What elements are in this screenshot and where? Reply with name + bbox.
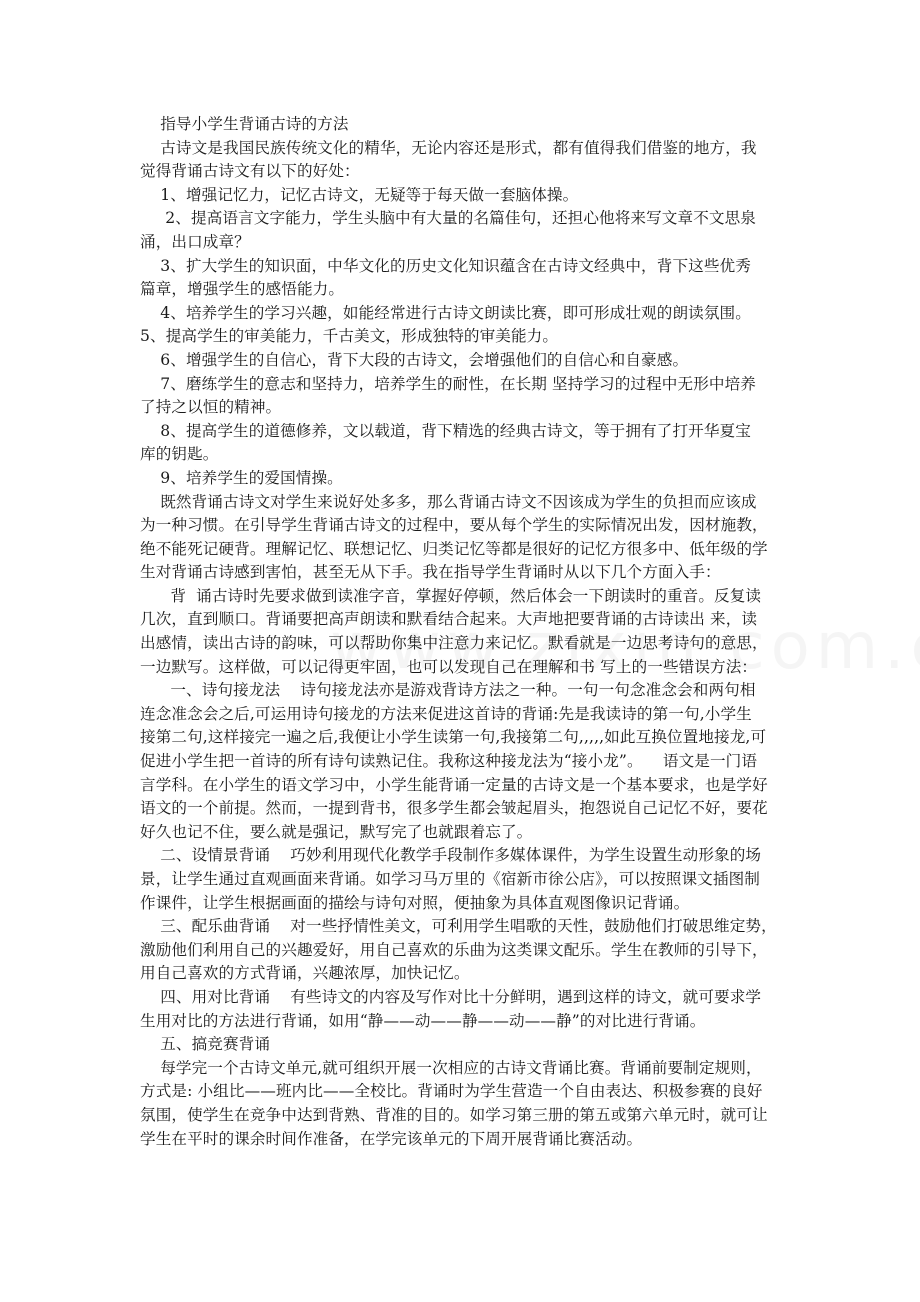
text-line: 生对背诵古诗感到害怕，甚至无从下手。我在指导学生背诵时从以下几个方面入手： (140, 561, 790, 585)
text-line: 7、磨练学生的意志和坚持力，培养学生的耐性，在长期 坚持学习的过程中无形中培养 (140, 373, 790, 397)
text-line: 觉得背诵古诗文有以下的好处： (140, 160, 790, 184)
text-line: 库的钥匙。 (140, 443, 790, 467)
text-line: 背 诵古诗时先要求做到读准字音，掌握好停顿，然后体会一下朗读时的重音。反复读 (140, 585, 790, 609)
text-line: 语文的一个前提。然而，一提到背书，很多学生都会皱起眉头，抱怨说自己记忆不好，要花 (140, 797, 790, 821)
text-line: 1、增强记忆力，记忆古诗文，无疑等于每天做一套脑体操。 (140, 184, 790, 208)
text-line: 出感情，读出古诗的韵味，可以帮助你集中注意力来记忆。默看就是一边思考诗句的意思， (140, 632, 790, 656)
document-title: 指导小学生背诵古诗的方法 (140, 113, 790, 137)
text-line: 生用对比的方法进行背诵，如用“静——动——静——动——静”的对比进行背诵。 (140, 1010, 790, 1034)
text-line: 篇章，增强学生的感悟能力。 (140, 278, 790, 302)
text-line: 5、提高学生的审美能力，千古美文，形成独特的审美能力。 (140, 325, 790, 349)
text-line: 一边默写。这样做，可以记得更牢固，也可以发现自己在理解和书 写上的一些错误方法： (140, 656, 790, 680)
text-line: 既然背诵古诗文对学生来说好处多多，那么背诵古诗文不因该成为学生的负担而应该成 (140, 491, 790, 515)
text-line: 了持之以恒的精神。 (140, 396, 790, 420)
text-line: 6、增强学生的自信心，背下大段的古诗文，会增强他们的自信心和自豪感。 (140, 349, 790, 373)
text-line: 几次，直到顺口。背诵要把高声朗读和默看结合起来。大声地把要背诵的古诗读出 来，读 (140, 608, 790, 632)
text-line: 接第二句,这样接完一遍之后,我便让小学生读第一句,我接第二句,,,,,如此互换位… (140, 726, 790, 750)
text-line: 氛围，使学生在竞争中达到背熟、背准的目的。如学习第三册的第五或第六单元时，就可让 (140, 1104, 790, 1128)
text-line: 4、培养学生的学习兴趣，如能经常进行古诗文朗读比赛，即可形成壮观的朗读氛围。 (140, 302, 790, 326)
text-line: 五、搞竞赛背诵 (140, 1033, 790, 1057)
text-line: 二、设情景背诵 巧妙利用现代化教学手段制作多媒体课件，为学生设置生动形象的场 (140, 844, 790, 868)
text-line: 四、用对比背诵 有些诗文的内容及写作对比十分鲜明，遇到这样的诗文，就可要求学 (140, 986, 790, 1010)
text-line: 学生在平时的课余时间作准备，在学完该单元的下周开展背诵比赛活动。 (140, 1128, 790, 1152)
text-line: 方式是: 小组比——班内比——全校比。背诵时为学生营造一个自由表达、积极参赛的良… (140, 1080, 790, 1104)
text-line: 3、扩大学生的知识面，中华文化的历史文化知识蕴含在古诗文经典中，背下这些优秀 (140, 255, 790, 279)
text-line: 作课件，让学生根据画面的描绘与诗句对照，便抽象为具体直观图像识记背诵。 (140, 892, 790, 916)
text-line: 2、提高语言文字能力，学生头脑中有大量的名篇佳句，还担心他将来写文章不文思泉 (140, 207, 790, 231)
text-line: 三、配乐曲背诵 对一些抒情性美文，可利用学生唱歌的天性，鼓励他们打破思维定势， (140, 915, 790, 939)
text-line: 促进小学生把一首诗的所有诗句读熟记住。我称这种接龙法为“接小龙”。 语文是一门语 (140, 750, 790, 774)
text-line: 用自己喜欢的方式背诵，兴趣浓厚，加快记忆。 (140, 962, 790, 986)
text-line: 好久也记不住，要么就是强记，默写完了也就跟着忘了。 (140, 821, 790, 845)
text-line: 每学完一个古诗文单元,就可组织开展一次相应的古诗文背诵比赛。背诵前要制定规则， (140, 1057, 790, 1081)
text-line: 激励他们利用自己的兴趣爱好，用自己喜欢的乐曲为这类课文配乐。学生在教师的引导下， (140, 939, 790, 963)
document-body: 指导小学生背诵古诗的方法 古诗文是我国民族传统文化的精华，无论内容还是形式，都有… (140, 113, 790, 1151)
text-line: 古诗文是我国民族传统文化的精华，无论内容还是形式，都有值得我们借鉴的地方，我 (140, 137, 790, 161)
text-line: 一、诗句接龙法 诗句接龙法亦是游戏背诗方法之一种。一句一句念准念会和两句相 (140, 679, 790, 703)
text-line: 9、培养学生的爱国情操。 (140, 467, 790, 491)
text-line: 涌，出口成章？ (140, 231, 790, 255)
text-line: 景，让学生通过直观画面来背诵。如学习马万里的《宿新市徐公店》，可以按照课文插图制 (140, 868, 790, 892)
text-line: 为一种习惯。在引导学生背诵古诗文的过程中，要从每个学生的实际情况出发，因材施教， (140, 514, 790, 538)
text-line: 言学科。在小学生的语文学习中，小学生能背诵一定量的古诗文是一个基本要求，也是学好 (140, 774, 790, 798)
text-line: 绝不能死记硬背。理解记忆、联想记忆、归类记忆等都是很好的记忆方很多中、低年级的学 (140, 538, 790, 562)
text-line: 连念准念会之后,可运用诗句接龙的方法来促进这首诗的背诵:先是我读诗的第一句,小学… (140, 703, 790, 727)
text-line: 8、提高学生的道德修养，文以载道，背下精选的经典古诗文，等于拥有了打开华夏宝 (140, 420, 790, 444)
